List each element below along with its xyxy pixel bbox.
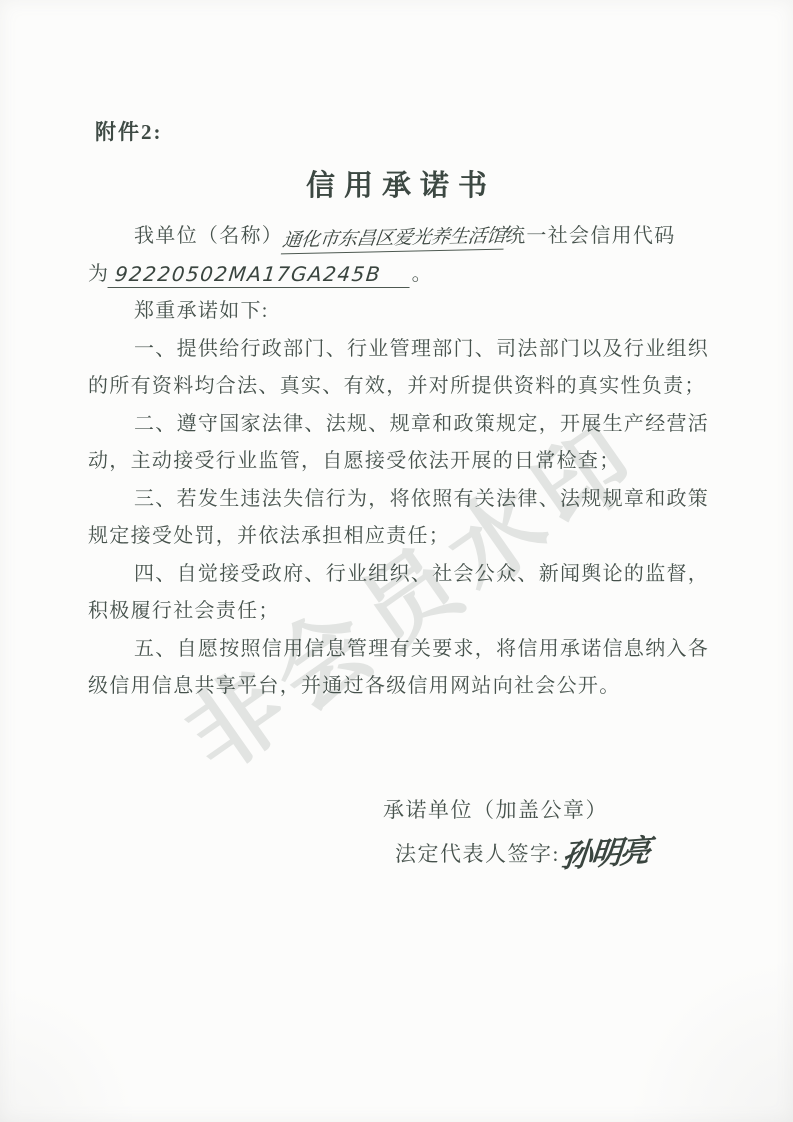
promising-unit-line: 承诺单位（加盖公章） [383,790,649,831]
intro-line-1: 我单位（名称）通化市东昌区爱光养生活馆统一社会信用代码 [88,218,708,256]
code-suffix: 。 [412,263,433,285]
pledge-item-3-line-2: 规定接受处罚，并依法承担相应责任； [88,518,708,556]
intro-prefix: 我单位（名称） [134,225,283,247]
pledge-intro: 郑重承诺如下: [88,293,708,331]
pledge-item-5-line-2: 级信用信息共享平台，并通过各级信用网站向社会公开。 [88,668,708,706]
document-body: 我单位（名称）通化市东昌区爱光养生活馆统一社会信用代码 为92220502MA1… [88,218,708,706]
pledge-item-1-line-1: 一、提供给行政部门、行业管理部门、司法部门以及行业组织 [88,331,708,369]
document-content: 附件2: 信用承诺书 我单位（名称）通化市东昌区爱光养生活馆统一社会信用代码 为… [0,0,793,1122]
intro-line-2: 为92220502MA17GA245B。 [88,256,708,294]
pledge-item-4-line-2: 积极履行社会责任； [88,593,708,631]
credit-code-handwritten: 92220502MA17GA245B [108,261,413,288]
signature-block: 承诺单位（加盖公章） 法定代表人签字:孙明亮 [383,790,649,875]
page-title: 信用承诺书 [0,163,793,204]
pledge-item-3-line-1: 三、若发生违法失信行为，将依照有关法律、法规规章和政策 [88,481,708,519]
legal-representative-line: 法定代表人签字:孙明亮 [383,831,649,875]
handwritten-signature: 孙明亮 [559,831,650,878]
attachment-label: 附件2: [95,116,163,146]
code-prefix: 为 [88,263,109,285]
sign-label: 法定代表人签字: [395,842,560,866]
scanned-document-page: 非会员水印 附件2: 信用承诺书 我单位（名称）通化市东昌区爱光养生活馆统一社会… [0,0,793,1122]
pledge-item-2-line-2: 动，主动接受行业监管，自愿接受依法开展的日常检查； [88,443,708,481]
intro-suffix: 统一社会信用代码 [505,225,675,247]
pledge-item-1-line-2: 的所有资料均合法、真实、有效，并对所提供资料的真实性负责； [88,368,708,406]
pledge-item-5-line-1: 五、自愿按照信用信息管理有关要求，将信用承诺信息纳入各 [88,631,708,669]
pledge-item-2-line-1: 二、遵守国家法律、法规、规章和政策规定，开展生产经营活 [88,406,708,444]
unit-name-handwritten: 通化市东昌区爱光养生活馆 [281,223,507,255]
pledge-item-4-line-1: 四、自觉接受政府、行业组织、社会公众、新闻舆论的监督， [88,556,708,594]
